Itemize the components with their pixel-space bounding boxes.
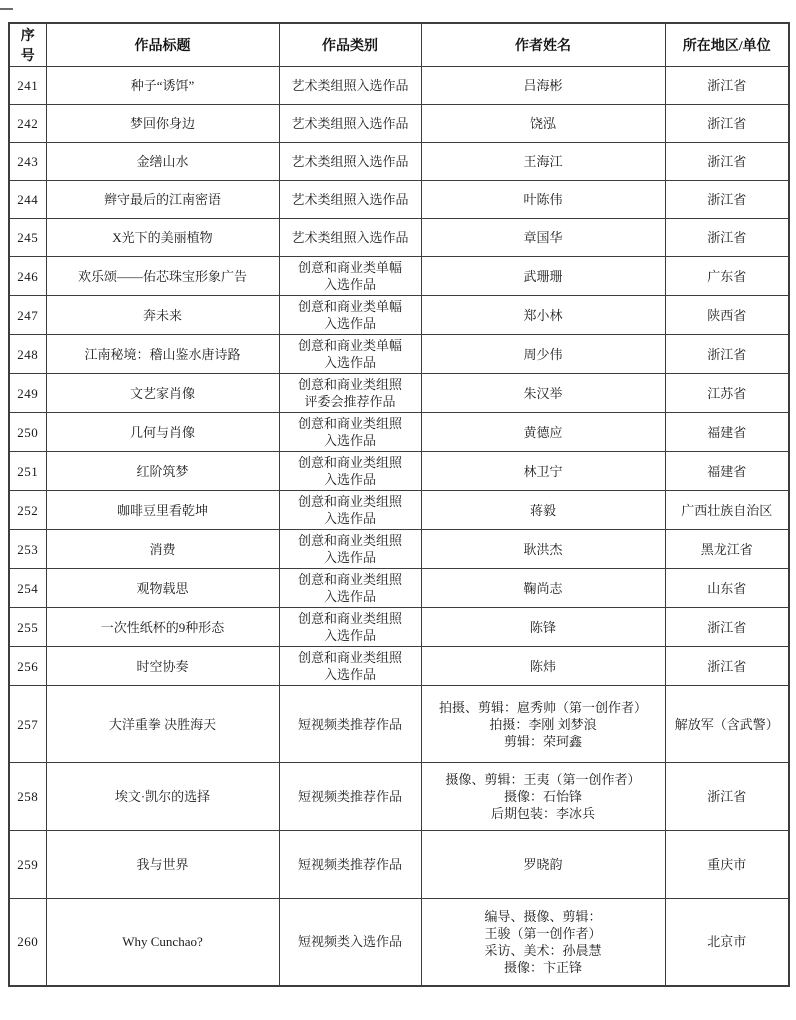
table-row: 256时空协奏创意和商业类组照入选作品陈炜浙江省 (9, 647, 789, 686)
cell-category: 创意和商业类组照入选作品 (279, 569, 421, 608)
cell-region: 山东省 (665, 569, 789, 608)
text-line: 入选作品 (284, 510, 417, 527)
cell-serial: 250 (9, 413, 46, 452)
cell-title: 我与世界 (46, 831, 279, 899)
cell-title: 金缮山水 (46, 143, 279, 181)
text-line: 创意和商业类组照 (284, 454, 417, 471)
text-line: 艺术类组照入选作品 (284, 115, 417, 132)
text-line: 创意和商业类组照 (284, 376, 417, 393)
cell-author: 陈炜 (421, 647, 665, 686)
cell-title: 时空协奏 (46, 647, 279, 686)
text-line: 陈锋 (426, 619, 661, 636)
table-row: 244辫守最后的江南密语艺术类组照入选作品叶陈伟浙江省 (9, 181, 789, 219)
table-row: 250几何与肖像创意和商业类组照入选作品黄德应福建省 (9, 413, 789, 452)
text-line: 拍摄、剪辑：扈秀帅（第一创作者） (426, 699, 661, 716)
cell-serial: 249 (9, 374, 46, 413)
cell-author: 朱汉举 (421, 374, 665, 413)
cell-title: 江南秘境：稽山鉴水唐诗路 (46, 335, 279, 374)
cell-category: 创意和商业类单幅入选作品 (279, 335, 421, 374)
cell-region: 浙江省 (665, 143, 789, 181)
table-row: 242梦回你身边艺术类组照入选作品饶泓浙江省 (9, 105, 789, 143)
cell-category: 短视频类推荐作品 (279, 686, 421, 763)
cell-category: 创意和商业类单幅入选作品 (279, 296, 421, 335)
text-line: 艺术类组照入选作品 (284, 191, 417, 208)
text-line: 入选作品 (284, 432, 417, 449)
table-row: 247奔未来创意和商业类单幅入选作品郑小林陕西省 (9, 296, 789, 335)
cell-category: 艺术类组照入选作品 (279, 105, 421, 143)
cell-title: 梦回你身边 (46, 105, 279, 143)
cell-category: 艺术类组照入选作品 (279, 67, 421, 105)
cell-title: 大洋重拳 决胜海天 (46, 686, 279, 763)
document-page: 序号 作品标题 作品类别 作者姓名 所在地区/单位 241种子“诱饵”艺术类组照… (0, 0, 796, 1020)
cell-region: 江苏省 (665, 374, 789, 413)
cell-category: 创意和商业类组照入选作品 (279, 452, 421, 491)
text-line: 艺术类组照入选作品 (284, 229, 417, 246)
cell-serial: 252 (9, 491, 46, 530)
cell-category: 创意和商业类组照入选作品 (279, 608, 421, 647)
table-row: 251红阶筑梦创意和商业类组照入选作品林卫宁福建省 (9, 452, 789, 491)
text-line: 饶泓 (426, 115, 661, 132)
cell-author: 蒋毅 (421, 491, 665, 530)
cell-author: 摄像、剪辑：王夷（第一创作者）摄像：石怡锋后期包装：李冰兵 (421, 763, 665, 831)
text-line: 王骏（第一创作者） (426, 925, 661, 942)
cell-category: 创意和商业类组照评委会推荐作品 (279, 374, 421, 413)
table-row: 243金缮山水艺术类组照入选作品王海江浙江省 (9, 143, 789, 181)
cell-title: 文艺家肖像 (46, 374, 279, 413)
text-line: 叶陈伟 (426, 191, 661, 208)
cell-serial: 254 (9, 569, 46, 608)
text-line: 创意和商业类单幅 (284, 298, 417, 315)
cell-region: 浙江省 (665, 608, 789, 647)
table-row: 257大洋重拳 决胜海天短视频类推荐作品拍摄、剪辑：扈秀帅（第一创作者）拍摄：李… (9, 686, 789, 763)
text-line: 创意和商业类组照 (284, 610, 417, 627)
table-row: 260Why Cunchao?短视频类入选作品编导、摄像、剪辑：王骏（第一创作者… (9, 899, 789, 986)
text-line: 创意和商业类组照 (284, 532, 417, 549)
cell-author: 周少伟 (421, 335, 665, 374)
text-line: 朱汉举 (426, 385, 661, 402)
text-line: 拍摄：李刚 刘梦浪 (426, 716, 661, 733)
cell-region: 浙江省 (665, 105, 789, 143)
text-line: 耿洪杰 (426, 541, 661, 558)
text-line: 短视频类推荐作品 (284, 716, 417, 733)
cell-serial: 241 (9, 67, 46, 105)
table-row: 252咖啡豆里看乾坤创意和商业类组照入选作品蒋毅广西壮族自治区 (9, 491, 789, 530)
cell-category: 艺术类组照入选作品 (279, 181, 421, 219)
column-header-title: 作品标题 (46, 23, 279, 67)
table-row: 255一次性纸杯的9种形态创意和商业类组照入选作品陈锋浙江省 (9, 608, 789, 647)
text-line: 短视频类推荐作品 (284, 856, 417, 873)
text-line: 创意和商业类组照 (284, 493, 417, 510)
text-line: 章国华 (426, 229, 661, 246)
cell-author: 王海江 (421, 143, 665, 181)
cell-serial: 253 (9, 530, 46, 569)
text-line: 后期包装：李冰兵 (426, 805, 661, 822)
cell-title: 观物载思 (46, 569, 279, 608)
cell-region: 黑龙江省 (665, 530, 789, 569)
page-edge-artifact (0, 8, 13, 10)
cell-serial: 258 (9, 763, 46, 831)
text-line: 短视频类推荐作品 (284, 788, 417, 805)
text-line: 蒋毅 (426, 502, 661, 519)
text-line: 采访、美术：孙晨慧 (426, 942, 661, 959)
cell-serial: 255 (9, 608, 46, 647)
cell-title: 欢乐颂——佑芯珠宝形象广告 (46, 257, 279, 296)
text-line: 鞠尚志 (426, 580, 661, 597)
cell-title: 奔未来 (46, 296, 279, 335)
cell-author: 叶陈伟 (421, 181, 665, 219)
cell-serial: 247 (9, 296, 46, 335)
text-line: 入选作品 (284, 471, 417, 488)
text-line: 评委会推荐作品 (284, 393, 417, 410)
cell-title: 红阶筑梦 (46, 452, 279, 491)
table-row: 259我与世界短视频类推荐作品罗晓韵重庆市 (9, 831, 789, 899)
cell-author: 林卫宁 (421, 452, 665, 491)
cell-serial: 260 (9, 899, 46, 986)
cell-region: 浙江省 (665, 763, 789, 831)
text-line: 创意和商业类单幅 (284, 259, 417, 276)
cell-title: 几何与肖像 (46, 413, 279, 452)
cell-region: 福建省 (665, 452, 789, 491)
cell-serial: 244 (9, 181, 46, 219)
cell-category: 短视频类推荐作品 (279, 763, 421, 831)
cell-region: 广东省 (665, 257, 789, 296)
cell-serial: 248 (9, 335, 46, 374)
cell-category: 创意和商业类组照入选作品 (279, 491, 421, 530)
cell-category: 创意和商业类单幅入选作品 (279, 257, 421, 296)
cell-region: 北京市 (665, 899, 789, 986)
cell-serial: 243 (9, 143, 46, 181)
text-line: 吕海彬 (426, 77, 661, 94)
cell-category: 短视频类入选作品 (279, 899, 421, 986)
cell-region: 浙江省 (665, 219, 789, 257)
cell-serial: 257 (9, 686, 46, 763)
text-line: 创意和商业类组照 (284, 649, 417, 666)
cell-author: 编导、摄像、剪辑：王骏（第一创作者）采访、美术：孙晨慧摄像：卞正锋 (421, 899, 665, 986)
column-header-serial: 序号 (9, 23, 46, 67)
cell-title: Why Cunchao? (46, 899, 279, 986)
cell-serial: 259 (9, 831, 46, 899)
text-line: 林卫宁 (426, 463, 661, 480)
cell-title: 种子“诱饵” (46, 67, 279, 105)
table-header: 序号 作品标题 作品类别 作者姓名 所在地区/单位 (9, 23, 789, 67)
cell-region: 浙江省 (665, 67, 789, 105)
header-row: 序号 作品标题 作品类别 作者姓名 所在地区/单位 (9, 23, 789, 67)
cell-category: 艺术类组照入选作品 (279, 143, 421, 181)
column-header-region: 所在地区/单位 (665, 23, 789, 67)
text-line: 入选作品 (284, 315, 417, 332)
cell-category: 艺术类组照入选作品 (279, 219, 421, 257)
cell-author: 罗晓韵 (421, 831, 665, 899)
cell-serial: 251 (9, 452, 46, 491)
text-line: 入选作品 (284, 627, 417, 644)
text-line: 入选作品 (284, 276, 417, 293)
text-line: 陈炜 (426, 658, 661, 675)
cell-category: 创意和商业类组照入选作品 (279, 647, 421, 686)
cell-title: 咖啡豆里看乾坤 (46, 491, 279, 530)
table-row: 249文艺家肖像创意和商业类组照评委会推荐作品朱汉举江苏省 (9, 374, 789, 413)
cell-serial: 245 (9, 219, 46, 257)
text-line: 艺术类组照入选作品 (284, 153, 417, 170)
table-body: 241种子“诱饵”艺术类组照入选作品吕海彬浙江省242梦回你身边艺术类组照入选作… (9, 67, 789, 986)
text-line: 郑小林 (426, 307, 661, 324)
table-row: 246欢乐颂——佑芯珠宝形象广告创意和商业类单幅入选作品武珊珊广东省 (9, 257, 789, 296)
cell-serial: 256 (9, 647, 46, 686)
cell-author: 吕海彬 (421, 67, 665, 105)
text-line: 创意和商业类单幅 (284, 337, 417, 354)
works-table: 序号 作品标题 作品类别 作者姓名 所在地区/单位 241种子“诱饵”艺术类组照… (8, 22, 790, 987)
cell-title: 埃文·凯尔的选择 (46, 763, 279, 831)
text-line: 创意和商业类组照 (284, 571, 417, 588)
cell-region: 陕西省 (665, 296, 789, 335)
table-row: 245X光下的美丽植物艺术类组照入选作品章国华浙江省 (9, 219, 789, 257)
cell-region: 浙江省 (665, 647, 789, 686)
cell-serial: 246 (9, 257, 46, 296)
cell-category: 创意和商业类组照入选作品 (279, 413, 421, 452)
text-line: 入选作品 (284, 666, 417, 683)
text-line: 王海江 (426, 153, 661, 170)
text-line: 武珊珊 (426, 268, 661, 285)
text-line: 罗晓韵 (426, 856, 661, 873)
cell-author: 黄德应 (421, 413, 665, 452)
text-line: 入选作品 (284, 588, 417, 605)
cell-region: 广西壮族自治区 (665, 491, 789, 530)
cell-region: 浙江省 (665, 181, 789, 219)
cell-author: 饶泓 (421, 105, 665, 143)
cell-author: 耿洪杰 (421, 530, 665, 569)
text-line: 短视频类入选作品 (284, 933, 417, 950)
table-row: 248江南秘境：稽山鉴水唐诗路创意和商业类单幅入选作品周少伟浙江省 (9, 335, 789, 374)
cell-title: 辫守最后的江南密语 (46, 181, 279, 219)
cell-region: 重庆市 (665, 831, 789, 899)
text-line: 入选作品 (284, 354, 417, 371)
cell-title: 消费 (46, 530, 279, 569)
cell-region: 福建省 (665, 413, 789, 452)
text-line: 艺术类组照入选作品 (284, 77, 417, 94)
text-line: 编导、摄像、剪辑： (426, 908, 661, 925)
cell-author: 拍摄、剪辑：扈秀帅（第一创作者）拍摄：李刚 刘梦浪剪辑：荣珂鑫 (421, 686, 665, 763)
column-header-category: 作品类别 (279, 23, 421, 67)
text-line: 周少伟 (426, 346, 661, 363)
cell-author: 陈锋 (421, 608, 665, 647)
text-line: 摄像、剪辑：王夷（第一创作者） (426, 771, 661, 788)
cell-title: 一次性纸杯的9种形态 (46, 608, 279, 647)
cell-author: 武珊珊 (421, 257, 665, 296)
table-row: 258埃文·凯尔的选择短视频类推荐作品摄像、剪辑：王夷（第一创作者）摄像：石怡锋… (9, 763, 789, 831)
cell-region: 浙江省 (665, 335, 789, 374)
cell-author: 章国华 (421, 219, 665, 257)
column-header-author: 作者姓名 (421, 23, 665, 67)
cell-author: 郑小林 (421, 296, 665, 335)
text-line: 入选作品 (284, 549, 417, 566)
cell-title: X光下的美丽植物 (46, 219, 279, 257)
text-line: 创意和商业类组照 (284, 415, 417, 432)
cell-serial: 242 (9, 105, 46, 143)
cell-region: 解放军（含武警） (665, 686, 789, 763)
text-line: 摄像：石怡锋 (426, 788, 661, 805)
text-line: 摄像：卞正锋 (426, 959, 661, 976)
text-line: 剪辑：荣珂鑫 (426, 733, 661, 750)
cell-author: 鞠尚志 (421, 569, 665, 608)
cell-category: 创意和商业类组照入选作品 (279, 530, 421, 569)
table-row: 241种子“诱饵”艺术类组照入选作品吕海彬浙江省 (9, 67, 789, 105)
cell-category: 短视频类推荐作品 (279, 831, 421, 899)
table-row: 253消费创意和商业类组照入选作品耿洪杰黑龙江省 (9, 530, 789, 569)
table-row: 254观物载思创意和商业类组照入选作品鞠尚志山东省 (9, 569, 789, 608)
text-line: 黄德应 (426, 424, 661, 441)
